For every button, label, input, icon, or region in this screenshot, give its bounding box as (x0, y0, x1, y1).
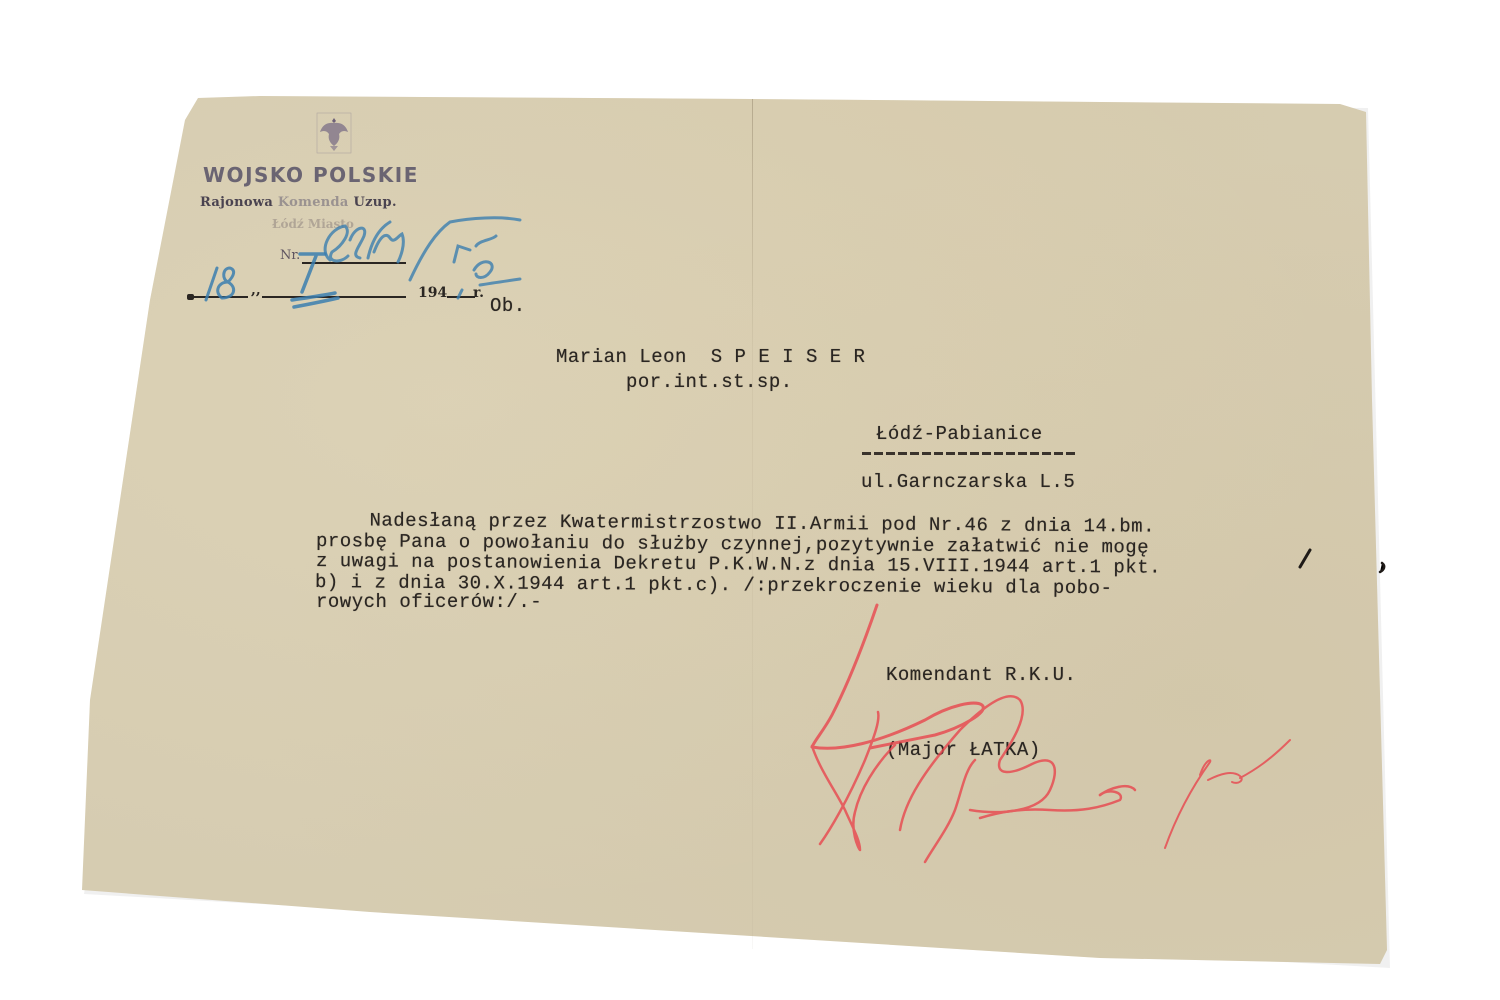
stamp-city: Łódź Miasto (272, 217, 354, 231)
polish-eagle-icon (316, 112, 352, 154)
stamp-subtitle-end: Uzup. (353, 195, 396, 210)
addressee-name: Marian Leon S P E I S E R (556, 348, 865, 367)
signature-name: (Major ŁATKA) (886, 741, 1041, 760)
date-year-suffix: r. (473, 285, 484, 301)
nr-underline (302, 262, 406, 264)
stamp-subtitle-faint: Komenda (273, 195, 353, 210)
addressee-rank: por.int.st.sp. (626, 373, 793, 392)
date-year-line (447, 296, 475, 298)
document-paper (0, 0, 1500, 1000)
stamp-nr-label: Nr. (280, 248, 300, 263)
body-line-5: rowych oficerów:/.- (316, 593, 542, 612)
addressee-city: Łódź-Pabianice (876, 425, 1043, 444)
stamp-subtitle: Rajonowa Komenda Uzup. (200, 195, 397, 210)
signature-title: Komendant R.K.U. (886, 666, 1076, 685)
addressee-street: ul.Garnczarska L.5 (861, 473, 1075, 492)
date-day-line (193, 296, 248, 298)
date-year-prefix: 194 (418, 285, 447, 301)
stamp-title: WOJSKO POLSKIE (203, 163, 419, 187)
ob-label: Ob. (490, 297, 526, 316)
date-month-line (262, 296, 406, 298)
stamp-subtitle-start: Rajonowa (200, 195, 273, 210)
address-divider (862, 452, 1078, 455)
date-quote: ,, (251, 282, 261, 298)
